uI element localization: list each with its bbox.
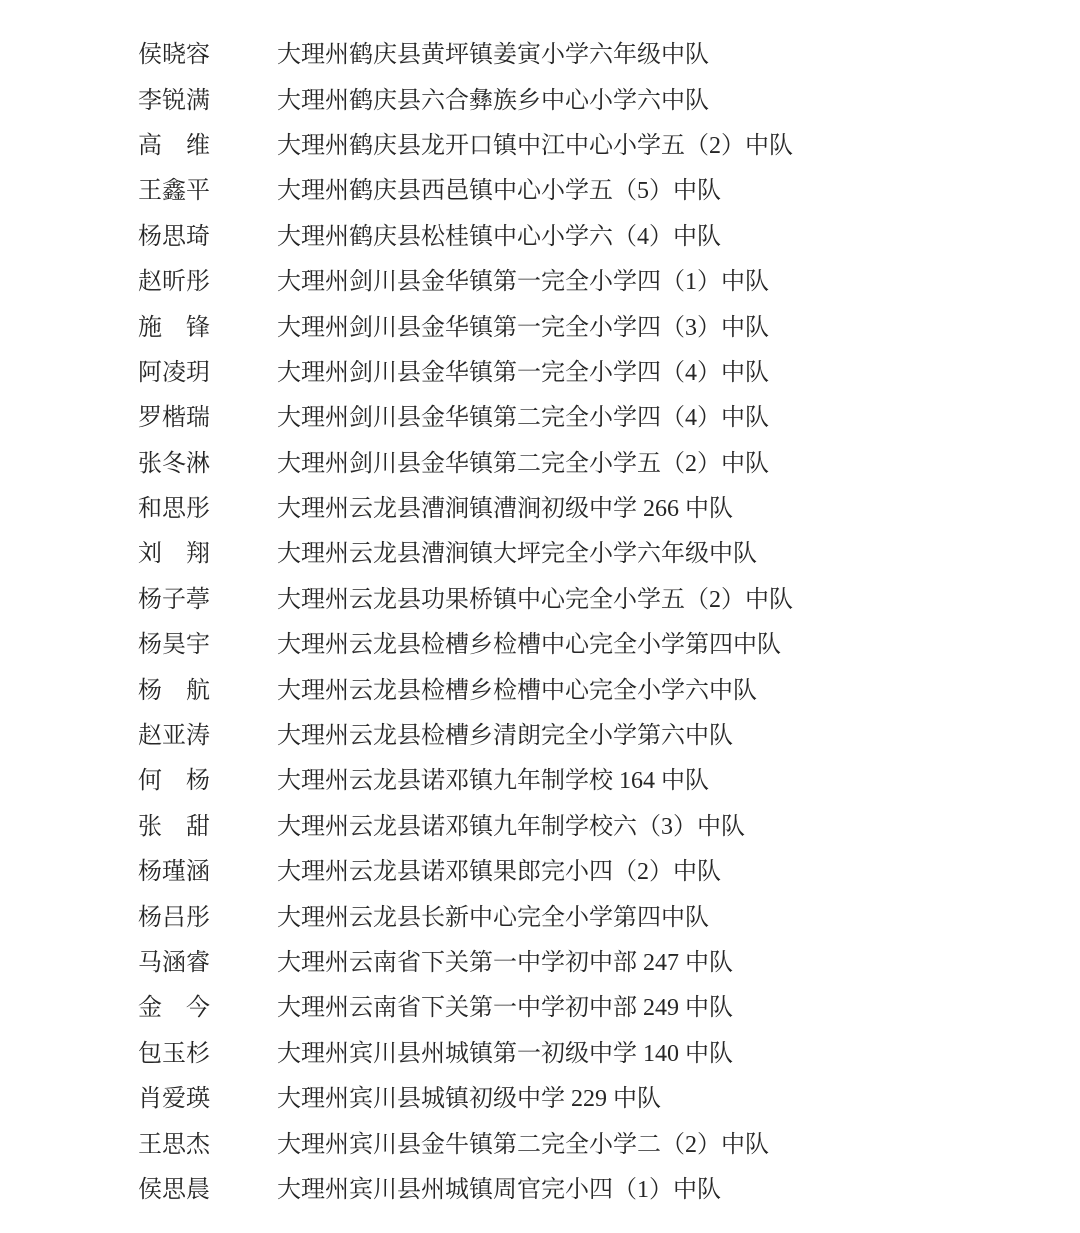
school-unit-text: 大理州鹤庆县龙开口镇中江中心小学五（2）中队 <box>277 125 793 160</box>
roster-row: 阿凌玥 大理州剑川县金华镇第一完全小学四（4）中队 <box>0 347 1080 392</box>
roster-row: 杨思琦 大理州鹤庆县松桂镇中心小学六（4）中队 <box>0 211 1080 256</box>
school-unit-text: 大理州鹤庆县黄坪镇姜寅小学六年级中队 <box>277 34 709 69</box>
roster-row: 刘 翔 大理州云龙县漕涧镇大坪完全小学六年级中队 <box>0 528 1080 573</box>
student-name: 侯晓容 <box>138 34 277 69</box>
school-unit-text: 大理州鹤庆县六合彝族乡中心小学六中队 <box>277 80 709 115</box>
school-unit-text: 大理州云南省下关第一中学初中部 247 中队 <box>277 942 733 977</box>
student-name: 马涵睿 <box>138 942 277 977</box>
student-name: 李锐满 <box>138 80 277 115</box>
student-name: 何 杨 <box>138 760 277 795</box>
roster-row: 肖爱瑛 大理州宾川县城镇初级中学 229 中队 <box>0 1073 1080 1118</box>
roster-row: 杨 航 大理州云龙县检槽乡检槽中心完全小学六中队 <box>0 664 1080 709</box>
school-unit-text: 大理州云龙县漕涧镇大坪完全小学六年级中队 <box>277 533 757 568</box>
student-name: 和思彤 <box>138 488 277 523</box>
student-name: 杨 航 <box>138 670 277 705</box>
student-name: 杨思琦 <box>138 216 277 251</box>
school-unit-text: 大理州云龙县漕涧镇漕涧初级中学 266 中队 <box>277 488 733 523</box>
student-name: 高 维 <box>138 125 277 160</box>
roster-row: 罗楷瑞 大理州剑川县金华镇第二完全小学四（4）中队 <box>0 392 1080 437</box>
student-name: 王思杰 <box>138 1124 277 1159</box>
roster-row: 侯晓容 大理州鹤庆县黄坪镇姜寅小学六年级中队 <box>0 29 1080 74</box>
student-name: 侯思晨 <box>138 1169 277 1204</box>
school-unit-text: 大理州鹤庆县松桂镇中心小学六（4）中队 <box>277 216 721 251</box>
roster-row: 杨昊宇 大理州云龙县检槽乡检槽中心完全小学第四中队 <box>0 619 1080 664</box>
student-name: 张 甜 <box>138 806 277 841</box>
school-unit-text: 大理州云龙县诺邓镇九年制学校 164 中队 <box>277 760 709 795</box>
roster-row: 何 杨 大理州云龙县诺邓镇九年制学校 164 中队 <box>0 755 1080 800</box>
student-name: 施 锋 <box>138 307 277 342</box>
roster-row: 马涵睿 大理州云南省下关第一中学初中部 247 中队 <box>0 937 1080 982</box>
student-name: 杨子葶 <box>138 579 277 614</box>
student-name: 肖爱瑛 <box>138 1078 277 1113</box>
student-name: 赵昕彤 <box>138 261 277 296</box>
roster-row: 杨子葶 大理州云龙县功果桥镇中心完全小学五（2）中队 <box>0 574 1080 619</box>
document-page: 侯晓容 大理州鹤庆县黄坪镇姜寅小学六年级中队 李锐满 大理州鹤庆县六合彝族乡中心… <box>0 0 1080 1233</box>
student-roster-list: 侯晓容 大理州鹤庆县黄坪镇姜寅小学六年级中队 李锐满 大理州鹤庆县六合彝族乡中心… <box>0 29 1080 1209</box>
roster-row: 杨吕彤 大理州云龙县长新中心完全小学第四中队 <box>0 891 1080 936</box>
school-unit-text: 大理州剑川县金华镇第一完全小学四（3）中队 <box>277 307 769 342</box>
student-name: 刘 翔 <box>138 533 277 568</box>
student-name: 罗楷瑞 <box>138 397 277 432</box>
roster-row: 包玉杉 大理州宾川县州城镇第一初级中学 140 中队 <box>0 1028 1080 1073</box>
roster-row: 王鑫平 大理州鹤庆县西邑镇中心小学五（5）中队 <box>0 165 1080 210</box>
school-unit-text: 大理州剑川县金华镇第一完全小学四（1）中队 <box>277 261 769 296</box>
roster-row: 王思杰 大理州宾川县金牛镇第二完全小学二（2）中队 <box>0 1118 1080 1163</box>
student-name: 包玉杉 <box>138 1033 277 1068</box>
roster-row: 杨瑾涵 大理州云龙县诺邓镇果郎完小四（2）中队 <box>0 846 1080 891</box>
school-unit-text: 大理州鹤庆县西邑镇中心小学五（5）中队 <box>277 170 721 205</box>
roster-row: 施 锋 大理州剑川县金华镇第一完全小学四（3）中队 <box>0 301 1080 346</box>
school-unit-text: 大理州宾川县金牛镇第二完全小学二（2）中队 <box>277 1124 769 1159</box>
school-unit-text: 大理州云龙县检槽乡检槽中心完全小学六中队 <box>277 670 757 705</box>
school-unit-text: 大理州云龙县长新中心完全小学第四中队 <box>277 897 709 932</box>
roster-row: 张 甜 大理州云龙县诺邓镇九年制学校六（3）中队 <box>0 801 1080 846</box>
student-name: 金 今 <box>138 987 277 1022</box>
school-unit-text: 大理州剑川县金华镇第一完全小学四（4）中队 <box>277 352 769 387</box>
roster-row: 赵亚涛 大理州云龙县检槽乡清朗完全小学第六中队 <box>0 710 1080 755</box>
school-unit-text: 大理州宾川县城镇初级中学 229 中队 <box>277 1078 661 1113</box>
student-name: 杨吕彤 <box>138 897 277 932</box>
roster-row: 侯思晨 大理州宾川县州城镇周官完小四（1）中队 <box>0 1164 1080 1209</box>
school-unit-text: 大理州宾川县州城镇周官完小四（1）中队 <box>277 1169 721 1204</box>
school-unit-text: 大理州云龙县功果桥镇中心完全小学五（2）中队 <box>277 579 793 614</box>
student-name: 张冬淋 <box>138 443 277 478</box>
roster-row: 金 今 大理州云南省下关第一中学初中部 249 中队 <box>0 982 1080 1027</box>
student-name: 王鑫平 <box>138 170 277 205</box>
roster-row: 赵昕彤 大理州剑川县金华镇第一完全小学四（1）中队 <box>0 256 1080 301</box>
roster-row: 张冬淋 大理州剑川县金华镇第二完全小学五（2）中队 <box>0 438 1080 483</box>
school-unit-text: 大理州云龙县诺邓镇九年制学校六（3）中队 <box>277 806 745 841</box>
student-name: 赵亚涛 <box>138 715 277 750</box>
school-unit-text: 大理州云龙县检槽乡清朗完全小学第六中队 <box>277 715 733 750</box>
school-unit-text: 大理州剑川县金华镇第二完全小学四（4）中队 <box>277 397 769 432</box>
student-name: 杨瑾涵 <box>138 851 277 886</box>
roster-row: 高 维 大理州鹤庆县龙开口镇中江中心小学五（2）中队 <box>0 120 1080 165</box>
student-name: 阿凌玥 <box>138 352 277 387</box>
school-unit-text: 大理州宾川县州城镇第一初级中学 140 中队 <box>277 1033 733 1068</box>
school-unit-text: 大理州云南省下关第一中学初中部 249 中队 <box>277 987 733 1022</box>
school-unit-text: 大理州云龙县检槽乡检槽中心完全小学第四中队 <box>277 624 781 659</box>
roster-row: 李锐满 大理州鹤庆县六合彝族乡中心小学六中队 <box>0 74 1080 119</box>
roster-row: 和思彤 大理州云龙县漕涧镇漕涧初级中学 266 中队 <box>0 483 1080 528</box>
school-unit-text: 大理州剑川县金华镇第二完全小学五（2）中队 <box>277 443 769 478</box>
school-unit-text: 大理州云龙县诺邓镇果郎完小四（2）中队 <box>277 851 721 886</box>
student-name: 杨昊宇 <box>138 624 277 659</box>
